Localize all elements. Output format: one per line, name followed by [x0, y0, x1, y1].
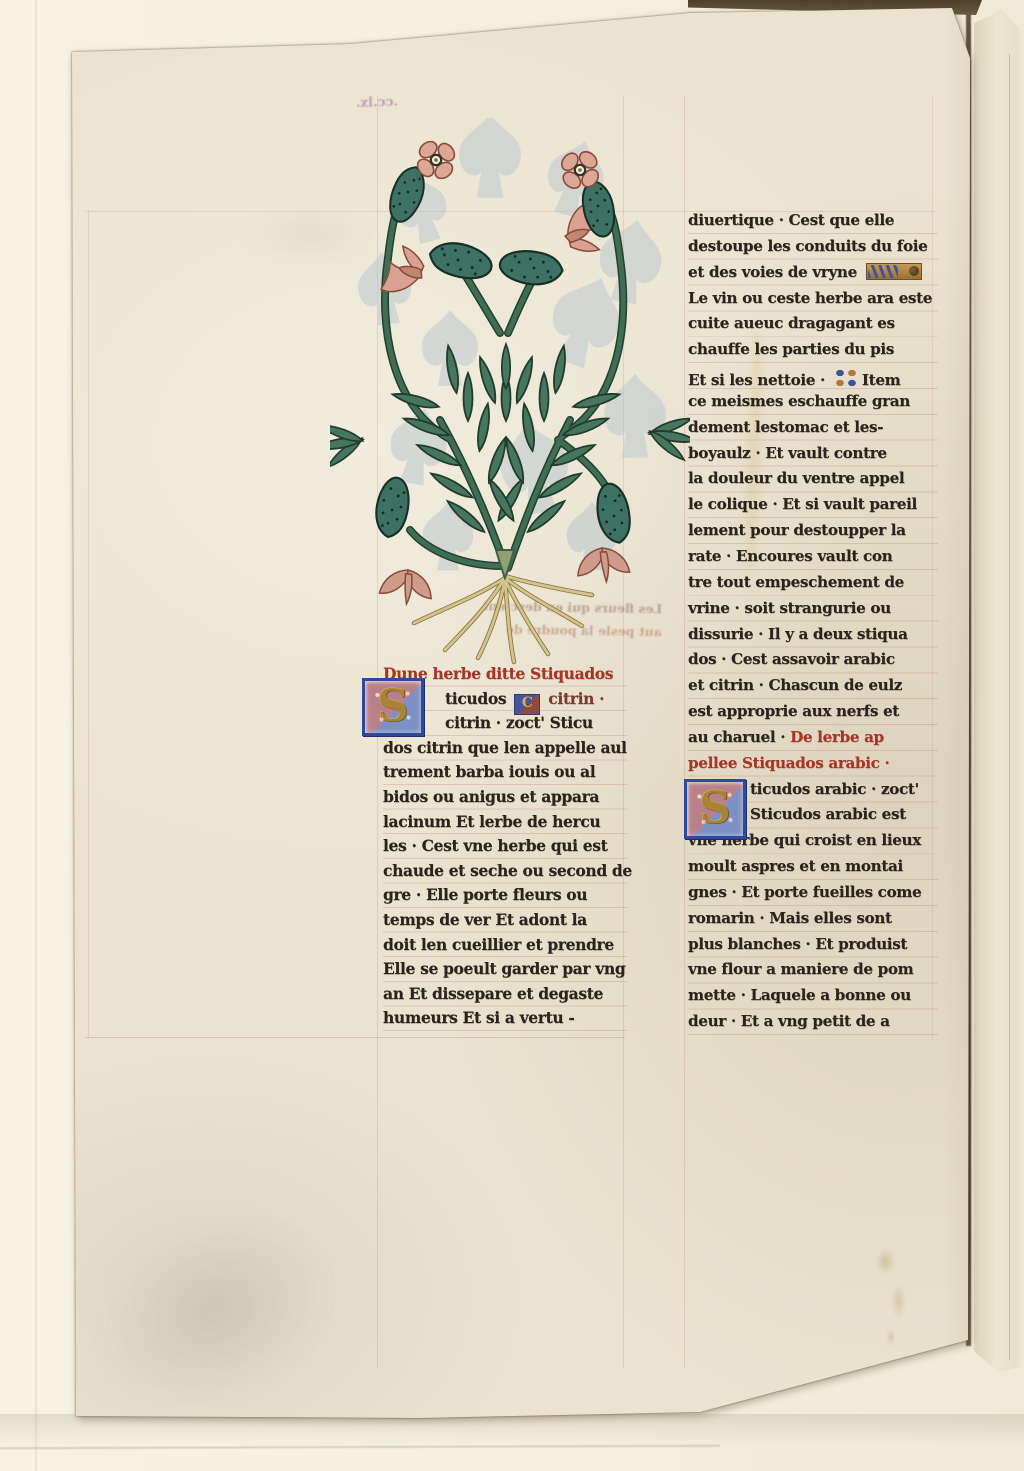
text-line: vne flour a maniere de pom — [688, 957, 938, 983]
pink-bract — [379, 567, 434, 606]
splatter-stain — [870, 1242, 922, 1350]
text-segment: trement barba iouis ou al — [383, 762, 595, 781]
text-segment: lement pour destoupper la — [688, 521, 906, 539]
text-segment: la douleur du ventre appel — [688, 469, 904, 487]
text-segment: et citrin · Chascun de eulz — [688, 676, 902, 694]
ruling-line — [88, 210, 89, 1038]
text-segment: gnes · Et porte fueilles come — [688, 883, 921, 901]
text-line: moult aspres et en montai — [688, 854, 938, 880]
text-line: pellee Stiquados arabic · — [688, 751, 938, 777]
initial-letter: S — [377, 685, 409, 729]
text-line: au charuel · De lerbe ap — [688, 725, 938, 751]
text-segment: vne flour a maniere de pom — [688, 960, 913, 978]
text-line: plus blanches · Et produist — [688, 932, 938, 958]
text-line: gre · Elle porte fleurs ou — [383, 883, 627, 908]
text-line: la douleur du ventre appel — [688, 466, 938, 492]
text-line: et citrin · Chascun de eulz — [688, 673, 938, 699]
illuminated-initial-left: S — [362, 678, 424, 736]
text-segment: ticudos arabic · zoct' — [750, 780, 919, 798]
text-segment: rate · Encoures vault con — [688, 547, 892, 565]
text-segment: cuite aueuc dragagant es — [688, 314, 895, 332]
text-line: romarin · Mais elles sont — [688, 906, 938, 932]
illuminated-initial-right: S — [684, 779, 746, 839]
ruling-line — [85, 1037, 625, 1038]
text-segment: romarin · Mais elles sont — [688, 909, 892, 927]
text-segment: boyaulz · Et vault contre — [688, 444, 887, 462]
smudge — [70, 1184, 360, 1441]
text-segment: gre · Elle porte fleurs ou — [383, 885, 587, 904]
text-line: et des voies de vryne — [688, 260, 938, 286]
text-segment: citrin · — [543, 689, 604, 708]
text-segment: dement lestomac et les- — [688, 418, 883, 436]
parchment-page-wrap: .cc.lx. Les fleurs qui en desclentaut pe… — [0, 0, 1024, 1471]
text-line: deur · Et a vng petit de a — [688, 1009, 938, 1035]
text-line: dement lestomac et les- — [688, 415, 938, 441]
text-segment: citrin · zoct' Sticu — [445, 713, 593, 732]
text-line: diuertique · Cest que elle — [688, 208, 938, 234]
text-line: Elle se poeult garder par vng — [383, 957, 627, 982]
text-line: an Et dissepare et degaste — [383, 982, 627, 1007]
seed-pod — [427, 238, 495, 283]
text-line: Le vin ou ceste herbe ara este — [688, 286, 938, 312]
text-segment: Sticudos arabic est — [750, 805, 906, 823]
text-line: lement pour destoupper la — [688, 518, 938, 544]
text-segment: Et si les nettoie · — [688, 371, 830, 389]
text-line: temps de ver Et adont la — [383, 908, 627, 933]
text-line: le colique · Et si vault pareil — [688, 492, 938, 518]
quatrefoil-ornament — [832, 367, 860, 389]
text-segment: vrine · soit strangurie ou — [688, 599, 891, 617]
text-segment: destoupe les conduits du foie — [688, 237, 927, 255]
text-line: cuite aueuc dragagant es — [688, 311, 938, 337]
text-segment: dissurie · Il y a deux stiqua — [688, 625, 908, 643]
text-line: lacinum Et lerbe de hercu — [383, 810, 627, 835]
text-line: les · Cest vne herbe qui est — [383, 834, 627, 859]
text-segment: humeurs Et si a vertu - — [383, 1008, 574, 1027]
text-segment: an Et dissepare et degaste — [383, 984, 603, 1003]
text-segment: Item — [862, 371, 900, 389]
text-segment: lacinum Et lerbe de hercu — [383, 812, 600, 831]
text-line: boyaulz · Et vault contre — [688, 441, 938, 467]
text-segment: est approprie aux nerfs et — [688, 702, 899, 720]
text-segment: ticudos — [445, 689, 511, 708]
text-line: dos · Cest assavoir arabic — [688, 647, 938, 673]
text-line: vrine · soit strangurie ou — [688, 596, 938, 622]
text-segment: tre tout empeschement de — [688, 573, 904, 591]
champ-ornament: C — [514, 694, 540, 715]
text-segment: doit len cueillier et prendre — [383, 935, 614, 954]
text-segment: dos citrin que len appelle aul — [383, 738, 627, 757]
filler-ornament — [866, 263, 922, 280]
text-segment: De lerbe ap — [790, 728, 884, 746]
seed-pod — [498, 249, 563, 287]
text-segment: moult aspres et en montai — [688, 857, 903, 875]
text-line: chaude et seche ou second de — [383, 859, 627, 884]
text-segment: et des voies de vryne — [688, 263, 862, 281]
text-segment: diuertique · Cest que elle — [688, 211, 894, 229]
text-line: humeurs Et si a vertu - — [383, 1006, 627, 1031]
text-segment: ce meismes eschauffe gran — [688, 392, 910, 410]
parchment-page: .cc.lx. Les fleurs qui en desclentaut pe… — [0, 0, 1024, 1471]
text-line: trement barba iouis ou al — [383, 760, 627, 785]
initial-letter: S — [699, 787, 731, 831]
text-line: destoupe les conduits du foie — [688, 234, 938, 260]
right-text-column: diuertique · Cest que elledestoupe les c… — [688, 208, 938, 1035]
text-segment: mette · Laquele a bonne ou — [688, 986, 911, 1004]
text-line: tre tout empeschement de — [688, 570, 938, 596]
text-segment: pellee Stiquados arabic · — [688, 754, 889, 772]
text-segment: le colique · Et si vault pareil — [688, 495, 917, 513]
text-line: dos citrin que len appelle aul — [383, 736, 627, 761]
text-segment: au charuel · — [688, 728, 790, 746]
text-line: gnes · Et porte fueilles come — [688, 880, 938, 906]
text-line: Et si les nettoie · Item — [688, 363, 938, 389]
text-line: est approprie aux nerfs et — [688, 699, 938, 725]
manuscript-photo: .cc.lx. Les fleurs qui en desclentaut pe… — [0, 0, 1024, 1471]
text-segment: les · Cest vne herbe qui est — [383, 836, 607, 855]
text-segment: Le vin ou ceste herbe ara este — [688, 289, 932, 307]
text-segment: chauffe les parties du pis — [688, 340, 894, 358]
text-line: dissurie · Il y a deux stiqua — [688, 622, 938, 648]
text-segment: Elle se poeult garder par vng — [383, 959, 625, 978]
text-segment: deur · Et a vng petit de a — [688, 1012, 890, 1030]
text-segment: dos · Cest assavoir arabic — [688, 650, 895, 668]
folio-number-showthrough: .cc.lx. — [318, 95, 398, 113]
text-line: bidos ou anigus et appara — [383, 785, 627, 810]
text-segment: bidos ou anigus et appara — [383, 787, 599, 806]
plant-illustration — [330, 118, 690, 678]
text-segment: temps de ver Et adont la — [383, 910, 587, 929]
text-line: rate · Encoures vault con — [688, 544, 938, 570]
text-segment: plus blanches · Et produist — [688, 935, 907, 953]
text-segment: chaude et seche ou second de — [383, 861, 632, 880]
text-line: ce meismes eschauffe gran — [688, 389, 938, 415]
pink-bract — [576, 546, 630, 584]
text-line: mette · Laquele a bonne ou — [688, 983, 938, 1009]
text-line: chauffe les parties du pis — [688, 337, 938, 363]
text-line: doit len cueillier et prendre — [383, 933, 627, 958]
